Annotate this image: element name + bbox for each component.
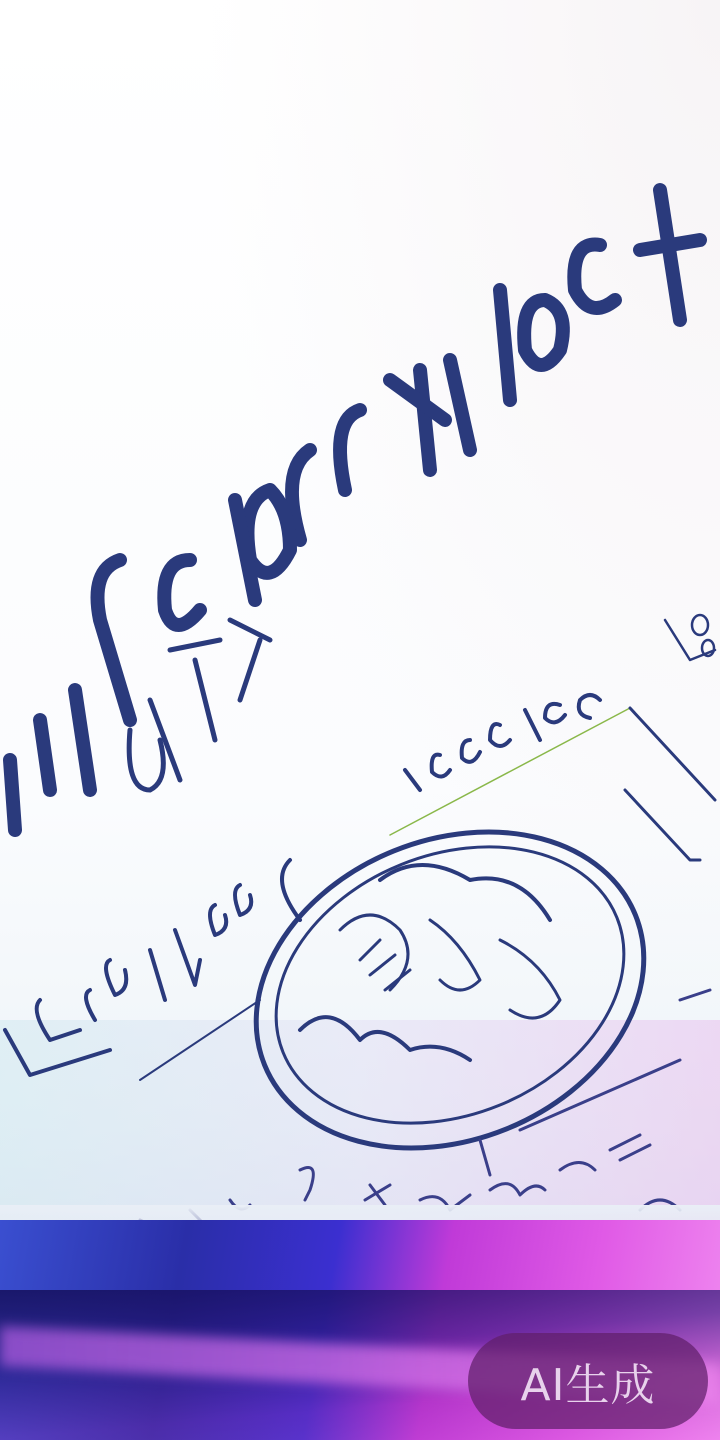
handwriting-sub — [129, 620, 270, 790]
ai-generated-badge: AI生成 — [468, 1333, 708, 1429]
left-label — [5, 885, 251, 1075]
handwriting-title — [10, 190, 700, 830]
ai-generated-badge-label: AI生成 — [520, 1349, 655, 1413]
